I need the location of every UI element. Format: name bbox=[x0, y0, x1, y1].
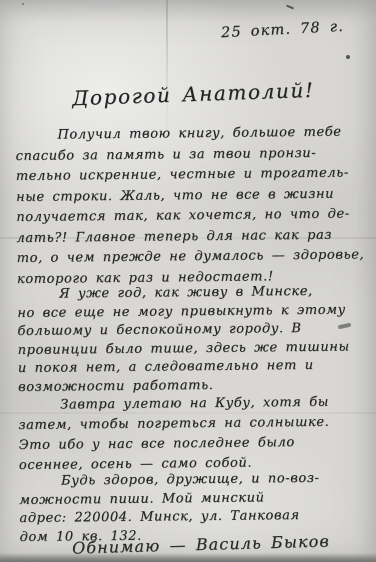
scan-edge-shadow bbox=[0, 553, 376, 562]
ink-speck bbox=[286, 4, 294, 9]
letter-date: 25 окт. 78 г. bbox=[221, 19, 345, 41]
paragraph: Завтра улетаю на Кубу, хотя бызатем, что… bbox=[18, 392, 376, 476]
ink-speck bbox=[22, 3, 24, 5]
letter-salutation: Дорогой Анатолий! bbox=[72, 78, 315, 110]
paragraph: Я уже год, как живу в Минске,но все еще … bbox=[17, 282, 376, 397]
handwriting-line: то, о чем прежде не думалось — здоровье, bbox=[17, 245, 375, 269]
handwriting-line: затем, чтобы погреться на солнышке. bbox=[18, 412, 376, 436]
letter-scan-page: 25 окт. 78 г. Дорогой Анатолий! Получил … bbox=[0, 0, 376, 562]
ink-speck bbox=[346, 55, 350, 59]
paragraph: Получил твою книгу, большое тебеспасибо … bbox=[15, 122, 375, 290]
handwriting-line: Получил твою книгу, большое тебе bbox=[15, 122, 373, 146]
